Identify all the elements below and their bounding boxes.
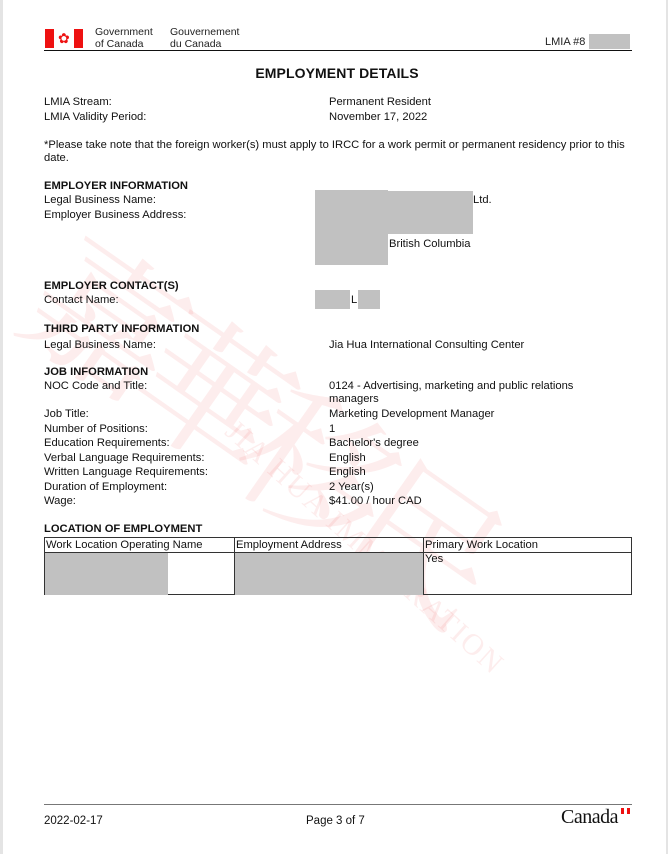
column-header: Primary Work Location bbox=[424, 538, 632, 553]
lmia-validity-value: November 17, 2022 bbox=[329, 111, 427, 124]
lmia-stream-label: LMIA Stream: bbox=[44, 96, 112, 109]
verbal-language-label: Verbal Language Requirements: bbox=[44, 452, 204, 465]
education-label: Education Requirements: bbox=[44, 437, 170, 450]
redaction bbox=[315, 290, 350, 309]
third-party-name-label: Legal Business Name: bbox=[44, 339, 156, 352]
canada-wordmark-flag-icon bbox=[621, 808, 630, 814]
lmia-note: *Please take note that the foreign worke… bbox=[44, 139, 644, 165]
table-row: Yes bbox=[45, 553, 632, 595]
contact-name-label: Contact Name: bbox=[44, 294, 119, 307]
redaction bbox=[235, 553, 423, 595]
employer-address-label: Employer Business Address: bbox=[44, 209, 186, 222]
contact-name-value: L bbox=[351, 294, 357, 307]
footer-date: 2022-02-17 bbox=[44, 815, 103, 827]
positions-value: 1 bbox=[329, 423, 335, 436]
job-title-value: Marketing Development Manager bbox=[329, 408, 494, 421]
lmia-number: LMIA #8 bbox=[545, 36, 585, 48]
wage-label: Wage: bbox=[44, 495, 76, 508]
government-fr: Gouvernement du Canada bbox=[170, 27, 239, 50]
employer-legal-name-label: Legal Business Name: bbox=[44, 194, 156, 207]
duration-value: 2 Year(s) bbox=[329, 481, 374, 494]
duration-label: Duration of Employment: bbox=[44, 481, 167, 494]
employer-heading: EMPLOYER INFORMATION bbox=[44, 180, 188, 192]
job-heading: JOB INFORMATION bbox=[44, 366, 148, 378]
operating-name-cell bbox=[45, 553, 235, 595]
redaction bbox=[358, 290, 380, 309]
job-title-label: Job Title: bbox=[44, 408, 89, 421]
employer-address-province: British Columbia bbox=[389, 238, 470, 251]
third-party-name-value: Jia Hua International Consulting Center bbox=[329, 339, 524, 352]
column-header: Work Location Operating Name bbox=[45, 538, 235, 553]
location-table: Work Location Operating Name Employment … bbox=[44, 537, 632, 595]
noc-value: 0124 - Advertising, marketing and public… bbox=[329, 380, 609, 406]
written-language-label: Written Language Requirements: bbox=[44, 466, 208, 479]
lmia-validity-label: LMIA Validity Period: bbox=[44, 111, 146, 124]
page-number: Page 3 of 7 bbox=[306, 815, 365, 827]
column-header: Employment Address bbox=[235, 538, 424, 553]
canada-flag-icon: ✿ bbox=[45, 29, 83, 48]
positions-label: Number of Positions: bbox=[44, 423, 148, 436]
redaction bbox=[388, 191, 473, 234]
verbal-language-value: English bbox=[329, 452, 366, 465]
wage-value: $41.00 / hour CAD bbox=[329, 495, 422, 508]
written-language-value: English bbox=[329, 466, 366, 479]
redaction bbox=[589, 34, 630, 49]
document-page: 嘉華移民 JIA HUA IMMIGRATION ✿ Government of… bbox=[3, 0, 666, 854]
contact-heading: EMPLOYER CONTACT(S) bbox=[44, 280, 179, 292]
canada-wordmark: Canada bbox=[561, 806, 618, 829]
lmia-stream-value: Permanent Resident bbox=[329, 96, 431, 109]
redaction bbox=[315, 190, 388, 265]
government-en: Government of Canada bbox=[95, 27, 153, 50]
redaction bbox=[45, 553, 168, 595]
noc-label: NOC Code and Title: bbox=[44, 380, 147, 393]
primary-location-cell: Yes bbox=[424, 553, 632, 595]
footer-rule bbox=[44, 804, 632, 805]
employer-legal-name-suffix: Ltd. bbox=[473, 194, 492, 207]
education-value: Bachelor's degree bbox=[329, 437, 419, 450]
page-title: EMPLOYMENT DETAILS bbox=[3, 65, 668, 81]
location-heading: LOCATION OF EMPLOYMENT bbox=[44, 523, 202, 535]
header-rule bbox=[44, 50, 632, 51]
third-party-heading: THIRD PARTY INFORMATION bbox=[44, 323, 199, 335]
address-cell bbox=[235, 553, 424, 595]
